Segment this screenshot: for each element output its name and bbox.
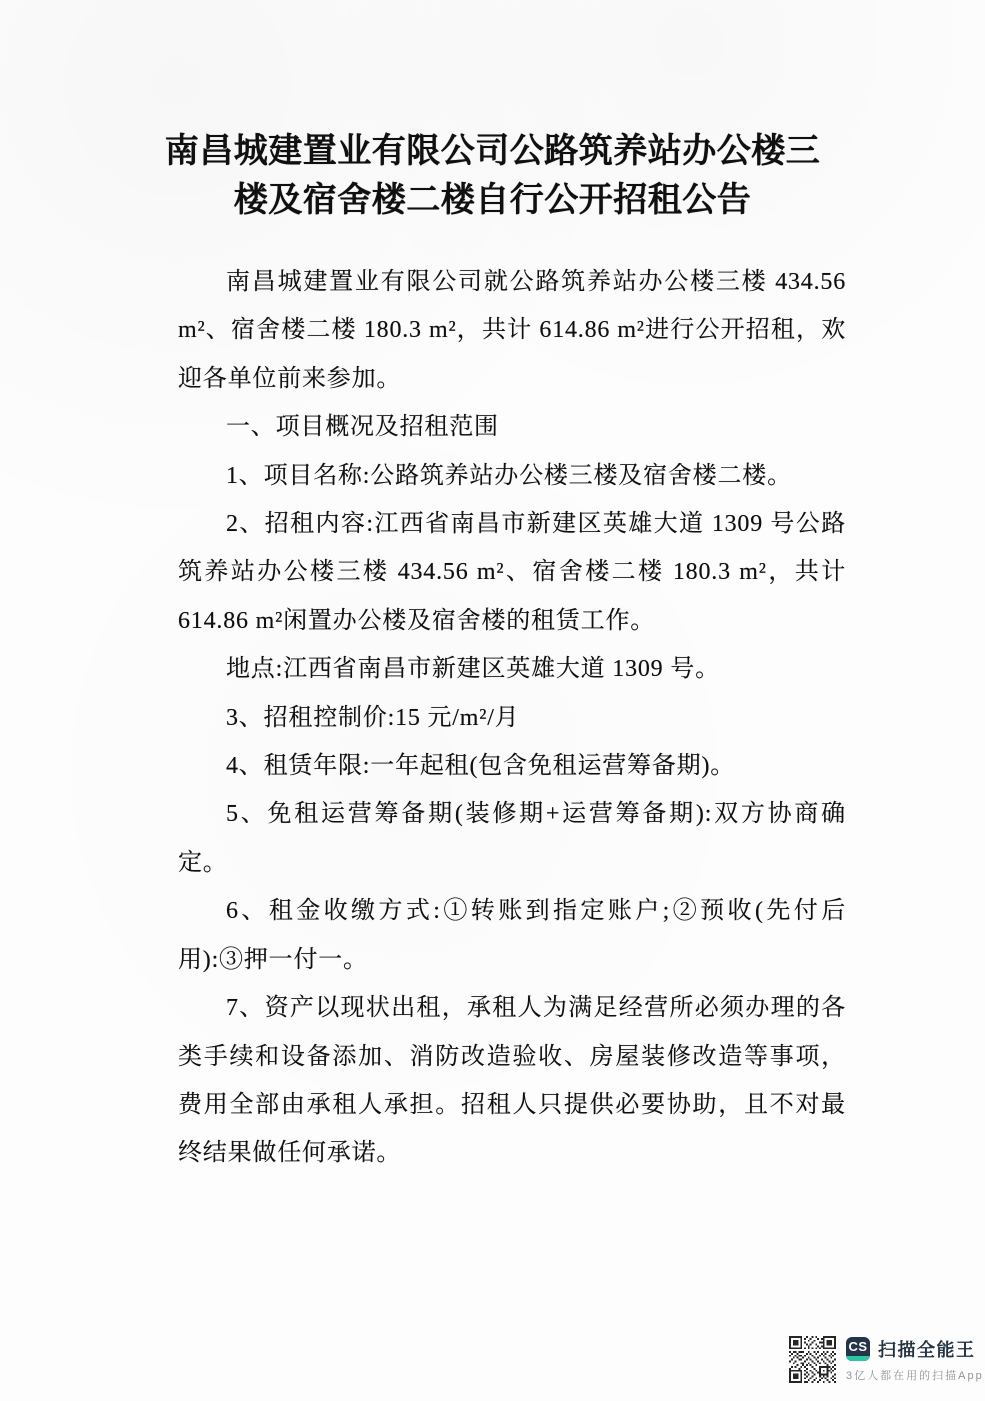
section-heading-1: 一、项目概况及招租范围	[178, 403, 846, 451]
intro-paragraph: 南昌城建置业有限公司就公路筑养站办公楼三楼 434.56 m²、宿舍楼二楼 18…	[178, 258, 846, 403]
item-project-name: 1、项目名称:公路筑养站办公楼三楼及宿舍楼二楼。	[178, 452, 846, 500]
document-title: 南昌城建置业有限公司公路筑养站办公楼三 楼及宿舍楼二楼自行公开招租公告	[90, 127, 895, 225]
document-title-line2: 楼及宿舍楼二楼自行公开招租公告	[90, 176, 895, 225]
scanned-document-page: 南昌城建置业有限公司公路筑养站办公楼三 楼及宿舍楼二楼自行公开招租公告 南昌城建…	[0, 0, 985, 1401]
camscanner-logo-teal-bar	[846, 1356, 870, 1361]
item-as-is-clause: 7、资产以现状出租，承租人为满足经营所必须办理的各类手续和设备添加、消防改造验收…	[178, 984, 846, 1178]
camscanner-watermark: CS 扫描全能王 3亿人都在用的扫描App	[789, 1336, 984, 1383]
item-location: 地点:江西省南昌市新建区英雄大道 1309 号。	[178, 645, 846, 693]
document-body: 南昌城建置业有限公司就公路筑养站办公楼三楼 434.56 m²、宿舍楼二楼 18…	[178, 258, 846, 1178]
camscanner-app-name: 扫描全能王	[878, 1336, 976, 1362]
item-lease-term: 4、租赁年限:一年起租(包含免租运营筹备期)。	[178, 742, 846, 790]
qr-code-icon	[789, 1336, 836, 1383]
item-price-cap: 3、招租控制价:15 元/m²/月	[178, 694, 846, 742]
item-rent-free-period: 5、免租运营筹备期(装修期+运营筹备期):双方协商确定。	[178, 790, 846, 887]
camscanner-tagline: 3亿人都在用的扫描App	[846, 1367, 984, 1383]
camscanner-logo-icon: CS	[846, 1337, 870, 1361]
item-rental-content: 2、招租内容:江西省南昌市新建区英雄大道 1309 号公路筑养站办公楼三楼 43…	[178, 500, 846, 645]
camscanner-brand-block: CS 扫描全能王 3亿人都在用的扫描App	[846, 1336, 984, 1383]
camscanner-logo-text: CS	[846, 1337, 870, 1356]
item-payment-method: 6、租金收缴方式:①转账到指定账户;②预收(先付后用):③押一付一。	[178, 887, 846, 984]
document-title-line1: 南昌城建置业有限公司公路筑养站办公楼三	[90, 127, 895, 176]
